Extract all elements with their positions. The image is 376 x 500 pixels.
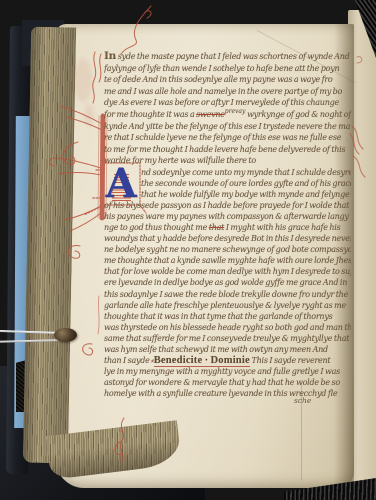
manuscript-line: the seconde wounde of oure lordes gyfte … xyxy=(104,178,351,189)
photo-background: In syde the maste payne that I feled was… xyxy=(0,0,376,500)
manuscript-line: thoughte that it was in that tyme that t… xyxy=(104,311,351,322)
manuscript-line: of his blyssede passyon as I hadde befor… xyxy=(104,200,351,211)
line-text: nge to god thus thought me xyxy=(104,223,209,232)
manuscript-line: astonyd for wondere & mervayle that y ha… xyxy=(104,377,351,388)
initial-letter: A xyxy=(104,161,138,206)
catchword: sche xyxy=(294,396,311,405)
line-text: syde the maste payne that I feled was sc… xyxy=(118,52,350,61)
manuscript-line: nd sodeynlye come unto my mynde that I s… xyxy=(104,167,351,178)
text-block-lower: nd sodeynlye come unto my mynde that I s… xyxy=(104,167,351,399)
manuscript-line: this sodaynlye I sawe the rede blode tre… xyxy=(104,289,351,300)
text-block-upper: In syde the maste payne that I feled was… xyxy=(104,51,351,167)
manuscript-line: garlande alle hate freschlye plenteuousl… xyxy=(104,300,351,311)
manuscript-line-benedicite: than I sayde ⸗Benedicite · Dominie This … xyxy=(104,355,351,366)
interlinear-correction: prevay xyxy=(225,108,246,115)
manuscript-line: that he wolde fulfylle my bodye with myn… xyxy=(104,189,351,200)
manuscript-line: ne bodelye syght ne no manere schewynge … xyxy=(104,244,351,255)
manuscript-line: lye in my menynge with a myghtty voyce a… xyxy=(104,366,351,377)
ink-bleedthrough xyxy=(84,104,94,126)
line-text: wyrkynge of god & noght of xyxy=(245,110,351,119)
manuscript-line: same that sufferde for me I conseyvede t… xyxy=(104,333,351,344)
manuscript-line: me and I was alle hole and namelye in th… xyxy=(104,86,351,98)
manuscript-line: re that I schulde lyeve ne the felynge o… xyxy=(104,132,351,144)
manuscript-line: me thoughte that a kynde sawlle myghte h… xyxy=(104,255,351,266)
manuscript-line-corrected: nge to god thus thought me that I myght … xyxy=(104,222,351,233)
manuscript-line: ere lyevande in dedlye bodye as god wold… xyxy=(104,277,351,288)
ink-bleedthrough xyxy=(74,58,92,102)
struck-word: swevne xyxy=(196,110,225,119)
line-text: This I sayde reverent xyxy=(250,356,331,365)
page-fore-edge-stack xyxy=(23,27,76,464)
page-weight-tip xyxy=(54,328,77,342)
manuscript-line: was thyrstede on his blessede heade rygh… xyxy=(104,322,351,333)
manuscript-line-corrected: for me thoughte it was a swevneprevay wy… xyxy=(104,109,351,121)
manuscript-line: that for love wolde be come man dedlye w… xyxy=(104,266,351,277)
manuscript-line: homelye with a synfulle creature lyevand… xyxy=(104,388,351,399)
line-text: for me thoughte it was a xyxy=(104,110,196,119)
line-text: than I sayde xyxy=(104,356,151,365)
manuscript-line: was hym selfe that schewyd it me with ow… xyxy=(104,344,351,355)
line-text: I myght with his grace hafe his xyxy=(224,223,340,232)
illuminated-initial-a: A xyxy=(104,165,138,206)
manuscript-line: kynde And yitte be the felynge of this e… xyxy=(104,121,351,133)
struck-word: that xyxy=(209,223,224,232)
manuscript-line: to me for me thought I hadde levere hafe… xyxy=(104,144,351,156)
opening-word-initial: In xyxy=(104,51,116,62)
manuscript-line: In syde the maste payne that I feled was… xyxy=(104,51,351,63)
manuscript-line: worlde for my herte was wilfulle there t… xyxy=(104,155,351,167)
manuscript-line: his paynes ware my paynes with compassyo… xyxy=(104,211,351,222)
manuscript-line: woundys that y hadde before desyrede Bot… xyxy=(104,233,351,244)
manuscript-line: faylynge of lyfe than wende I sothelye t… xyxy=(104,63,351,75)
manuscript-line: te of dede And in this sodeynlye alle my… xyxy=(104,74,351,86)
